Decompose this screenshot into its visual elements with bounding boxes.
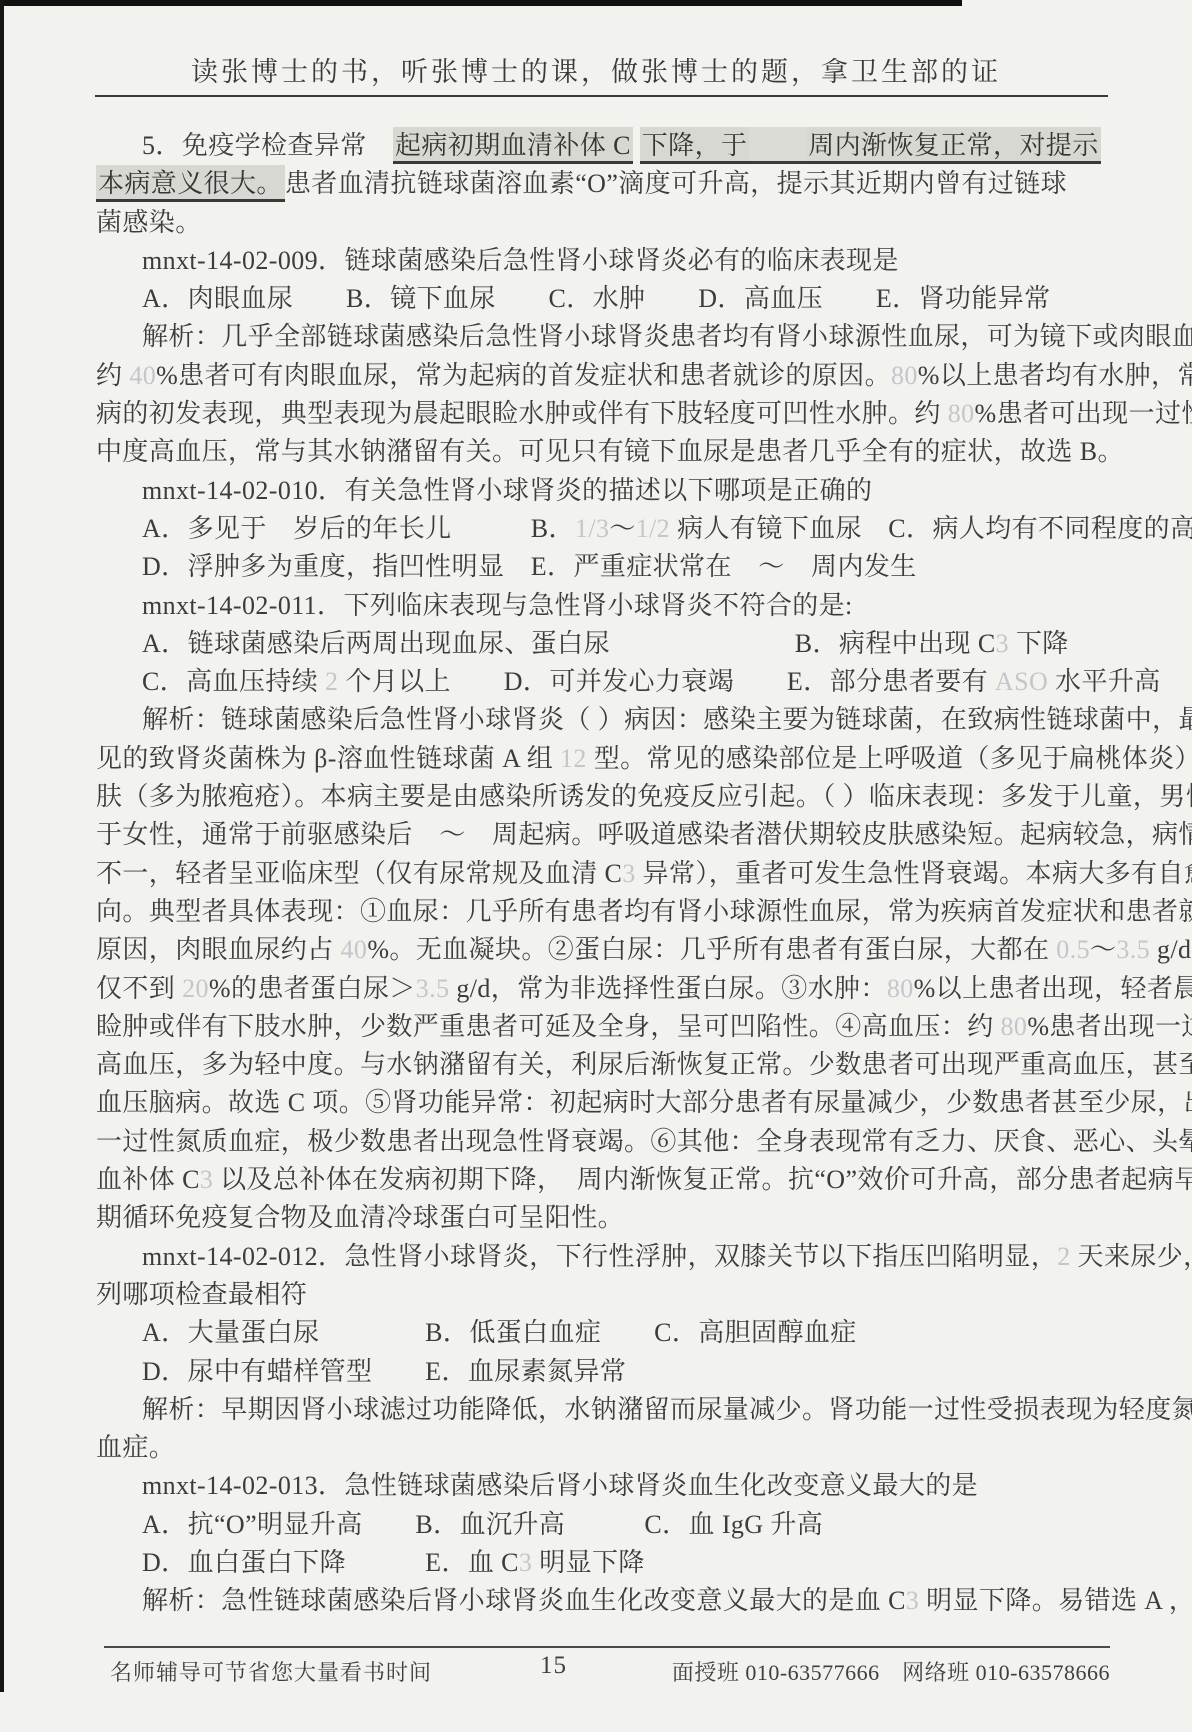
text-segment: 病人有镜下血尿 C．病人均有不同程度的高血压 xyxy=(670,514,1192,543)
text-segment: A．大量蛋白尿 B．低蛋白血症 C．高胆固醇血症 xyxy=(142,1318,857,1347)
text-line: 解析：链球菌感染后急性肾小球肾炎（ ）病因：感染主要为链球菌，在致病性链球菌中，… xyxy=(96,701,1106,739)
text-line: mnxt-14-02-009．链球菌感染后急性肾小球肾炎必有的临床表现是 xyxy=(96,242,1106,280)
text-segment: ～ xyxy=(609,514,635,543)
text-segment: D．血白蛋白下降 E．血 C xyxy=(142,1548,519,1577)
text-segment: 明显下降。易错选 A ，但 A xyxy=(919,1586,1192,1615)
text-line: D．浮肿多为重度，指凹性明显 E．严重症状常在 ～ 周内发生 xyxy=(96,548,1106,586)
text-segment: 血补体 C xyxy=(96,1165,200,1194)
text-line: 血症。 xyxy=(96,1429,1106,1467)
text-segment: 高血压，多为轻中度。与水钠潴留有关，利尿后渐恢复正常。少数患者可出现严重高血压，… xyxy=(96,1050,1192,1079)
text-line: A．链球菌感染后两周出现血尿、蛋白尿 B．病程中出现 C3 下降 xyxy=(96,625,1106,663)
text-segment: %以上患者出现，轻者晨起眼 xyxy=(914,974,1192,1003)
text-line: 解析：早期因肾小球滤过功能降低，水钠潴留而尿量减少。肾功能一过性受损表现为轻度氮… xyxy=(96,1391,1106,1429)
text-line: 列哪项检查最相符 xyxy=(96,1276,1106,1314)
header-slogan: 读张博士的书，听张博士的课，做张博士的题，拿卫生部的证 xyxy=(96,50,1096,89)
faint-text: 3.5 xyxy=(416,974,450,1003)
text-segment: 睑肿或伴有下肢水肿，少数严重患者可延及全身，呈可凹陷性。④高血压：约 xyxy=(96,1012,1001,1041)
text-segment xyxy=(633,131,640,160)
highlighted-text: 下降，于 xyxy=(640,127,750,164)
text-segment: 型。常见的感染部位是上呼吸道（多见于扁桃体炎）及皮 xyxy=(587,744,1192,773)
faint-text: 3 xyxy=(200,1165,213,1194)
text-line: 菌感染。 xyxy=(96,204,1106,242)
text-segment: %患者可有肉眼血尿，常为起病的首发症状和患者就诊的原因。 xyxy=(156,361,891,390)
faint-text: 3 xyxy=(519,1548,532,1577)
text-segment: 5．免疫学检查异常 xyxy=(142,131,393,160)
faint-text: 80 xyxy=(948,399,975,428)
text-segment: A．链球菌感染后两周出现血尿、蛋白尿 B．病程中出现 C xyxy=(142,629,996,658)
text-line: 病的初发表现，典型表现为晨起眼睑水肿或伴有下肢轻度可凹性水肿。约 80%患者可出… xyxy=(96,395,1106,433)
text-line: 解析：几乎全部链球菌感染后急性肾小球肾炎患者均有肾小球源性血尿，可为镜下或肉眼血… xyxy=(96,318,1106,356)
text-line: D．血白蛋白下降 E．血 C3 明显下降 xyxy=(96,1544,1106,1582)
text-line: 不一，轻者呈亚临床型（仅有尿常规及血清 C3 异常），重者可发生急性肾衰竭。本病… xyxy=(96,855,1106,893)
text-line: 期循环免疫复合物及血清冷球蛋白可呈阳性。 xyxy=(96,1199,1106,1237)
text-line: 血补体 C3 以及总补体在发病初期下降， 周内渐恢复正常。抗“O”效价可升高，部… xyxy=(96,1161,1106,1199)
text-segment: 中度高血压，常与其水钠潴留有关。可见只有镜下血尿是患者几乎全有的症状，故选 B。 xyxy=(96,437,1124,466)
faint-text: 1/3 xyxy=(575,514,609,543)
text-segment: 不一，轻者呈亚临床型（仅有尿常规及血清 C xyxy=(96,859,622,888)
text-segment: %的患者蛋白尿＞ xyxy=(209,974,416,1003)
text-segment: mnxt-14-02-013．急性链球菌感染后肾小球肾炎血生化改变意义最大的是 xyxy=(142,1471,978,1500)
text-line: mnxt-14-02-010．有关急性肾小球肾炎的描述以下哪项是正确的 xyxy=(96,472,1106,510)
faint-text: 3 xyxy=(996,629,1009,658)
text-line: 见的致肾炎菌株为 β-溶血性链球菌 A 组 12 型。常见的感染部位是上呼吸道（… xyxy=(96,740,1106,778)
text-line: 一过性氮质血症，极少数患者出现急性肾衰竭。⑥其他：全身表现常有乏力、厌食、恶心、… xyxy=(96,1123,1106,1161)
faint-text: 1/2 xyxy=(636,514,670,543)
text-segment: 于女性，通常于前驱感染后 ～ 周起病。呼吸道感染者潜伏期较皮肤感染短。起病较急，… xyxy=(96,820,1192,849)
text-segment: 解析：几乎全部链球菌感染后急性肾小球肾炎患者均有肾小球源性血尿，可为镜下或肉眼血… xyxy=(142,322,1192,351)
text-segment: 见的致肾炎菌株为 β-溶血性链球菌 A 组 xyxy=(96,744,560,773)
text-line: A．多见于 岁后的年长儿 B．1/3～1/2 病人有镜下血尿 C．病人均有不同程… xyxy=(96,510,1106,548)
text-line: mnxt-14-02-011．下列临床表现与急性肾小球肾炎不符合的是: xyxy=(96,587,1106,625)
faint-text: 80 xyxy=(891,361,918,390)
faint-text: 80 xyxy=(1001,1012,1028,1041)
text-segment: D．浮肿多为重度，指凹性明显 E．严重症状常在 ～ 周内发生 xyxy=(142,552,917,581)
faint-text: 2 xyxy=(325,667,338,696)
faint-text: ASO xyxy=(995,667,1048,696)
text-line: C．高血压持续 2 个月以上 D．可并发心力衰竭 E．部分患者要有 ASO 水平… xyxy=(96,663,1106,701)
text-line: 中度高血压，常与其水钠潴留有关。可见只有镜下血尿是患者几乎全有的症状，故选 B。 xyxy=(96,433,1106,471)
text-line: mnxt-14-02-013．急性链球菌感染后肾小球肾炎血生化改变意义最大的是 xyxy=(96,1467,1106,1505)
text-segment: A．多见于 岁后的年长儿 B． xyxy=(142,514,575,543)
footer: 名师辅导可节省您大量看书时间 15 面授班 010-63577666 网络班 0… xyxy=(104,1652,1110,1688)
text-segment: 血症。 xyxy=(96,1433,175,1462)
text-segment: C．高血压持续 xyxy=(142,667,325,696)
text-segment: 期循环免疫复合物及血清冷球蛋白可呈阳性。 xyxy=(96,1203,624,1232)
text-segment: 肤（多为脓疱疮）。本病主要是由感染所诱发的免疫反应引起。（ ）临床表现：多发于儿… xyxy=(96,782,1192,811)
faint-text: 20 xyxy=(182,974,209,1003)
text-line: 约 40%患者可有肉眼血尿，常为起病的首发症状和患者就诊的原因。80%以上患者均… xyxy=(96,357,1106,395)
text-segment: 一过性氮质血症，极少数患者出现急性肾衰竭。⑥其他：全身表现常有乏力、厌食、恶心、… xyxy=(96,1127,1192,1156)
faint-text: 40 xyxy=(341,935,368,964)
text-line: 睑肿或伴有下肢水肿，少数严重患者可延及全身，呈可凹陷性。④高血压：约 80%患者… xyxy=(96,1008,1106,1046)
faint-text: 3 xyxy=(622,859,635,888)
text-line: 高血压，多为轻中度。与水钠潴留有关，利尿后渐恢复正常。少数患者可出现严重高血压，… xyxy=(96,1046,1106,1084)
text-segment: 下降 xyxy=(1009,629,1069,658)
text-line: 于女性，通常于前驱感染后 ～ 周起病。呼吸道感染者潜伏期较皮肤感染短。起病较急，… xyxy=(96,816,1106,854)
text-line: 向。典型者具体表现：①血尿：几乎所有患者均有肾小球源性血尿，常为疾病首发症状和患… xyxy=(96,893,1106,931)
text-line: 肤（多为脓疱疮）。本病主要是由感染所诱发的免疫反应引起。（ ）临床表现：多发于儿… xyxy=(96,778,1106,816)
footer-rule xyxy=(104,1646,1110,1648)
text-segment: %。无血凝块。②蛋白尿：几乎所有患者有蛋白尿，大都在 xyxy=(367,935,1056,964)
faint-text: 40 xyxy=(129,361,156,390)
text-line: 原因，肉眼血尿约占 40%。无血凝块。②蛋白尿：几乎所有患者有蛋白尿，大都在 0… xyxy=(96,931,1106,969)
highlighted-text: 本病意义很大。 xyxy=(96,165,285,202)
text-line: 仅不到 20%的患者蛋白尿＞3.5 g/d，常为非选择性蛋白尿。③水肿：80%以… xyxy=(96,970,1106,1008)
body-text: 5．免疫学检查异常 起病初期血清补体 C 下降，于 周内渐恢复正常，对提示本病意… xyxy=(96,127,1106,1621)
text-segment: 解析：急性链球菌感染后肾小球肾炎血生化改变意义最大的是血 C xyxy=(142,1586,906,1615)
text-segment: 明显下降 xyxy=(532,1548,645,1577)
text-segment: 约 xyxy=(96,361,129,390)
scan-left-edge xyxy=(0,0,4,1692)
faint-text: 0.5 xyxy=(1056,935,1090,964)
text-segment: mnxt-14-02-009．链球菌感染后急性肾小球肾炎必有的临床表现是 xyxy=(142,246,899,275)
text-segment: 解析：早期因肾小球滤过功能降低，水钠潴留而尿量减少。肾功能一过性受损表现为轻度氮… xyxy=(142,1395,1192,1424)
text-segment: %以上患者均有水肿，常为起 xyxy=(918,361,1192,390)
text-line: A．肉眼血尿 B．镜下血尿 C．水肿 D．高血压 E．肾功能异常 xyxy=(96,280,1106,318)
text-segment: A．肉眼血尿 B．镜下血尿 C．水肿 D．高血压 E．肾功能异常 xyxy=(142,284,1051,313)
faint-text: 2 xyxy=(1057,1242,1070,1271)
faint-text: 80 xyxy=(887,974,914,1003)
page-number: 15 xyxy=(540,1652,567,1680)
text-line: 解析：急性链球菌感染后肾小球肾炎血生化改变意义最大的是血 C3 明显下降。易错选… xyxy=(96,1582,1106,1620)
text-segment: g/d，常为非选择性蛋白尿。③水肿： xyxy=(449,974,886,1003)
highlighted-text: 周内渐恢复正常，对提示 xyxy=(806,127,1100,164)
text-segment: D．尿中有蜡样管型 E．血尿素氮异常 xyxy=(142,1357,626,1386)
text-segment: 病的初发表现，典型表现为晨起眼睑水肿或伴有下肢轻度可凹性水肿。约 xyxy=(96,399,948,428)
text-segment: 以及总补体在发病初期下降， 周内渐恢复正常。抗“O”效价可升高，部分患者起病早 xyxy=(213,1165,1192,1194)
footer-contact-info: 面授班 010-63577666 网络班 010-63578666 xyxy=(672,1656,1110,1687)
text-segment: mnxt-14-02-012．急性肾小球肾炎，下行性浮肿，双膝关节以下指压凹陷明… xyxy=(142,1242,1057,1271)
faint-text: 3 xyxy=(906,1586,919,1615)
text-segment: 原因，肉眼血尿约占 xyxy=(96,935,341,964)
text-line: mnxt-14-02-012．急性肾小球肾炎，下行性浮肿，双膝关节以下指压凹陷明… xyxy=(96,1238,1106,1276)
faint-text: 12 xyxy=(560,744,587,773)
scan-top-edge xyxy=(0,0,962,6)
footer-left-slogan: 名师辅导可节省您大量看书时间 xyxy=(110,1656,432,1687)
text-segment: mnxt-14-02-011．下列临床表现与急性肾小球肾炎不符合的是: xyxy=(142,591,853,620)
text-segment: A．抗“O”明显升高 B．血沉升高 C．血 IgG 升高 xyxy=(142,1510,823,1539)
text-line: 本病意义很大。患者血清抗链球菌溶血素“O”滴度可升高，提示其近期内曾有过链球 xyxy=(96,165,1106,203)
text-segment: 水平升高 xyxy=(1048,667,1161,696)
text-segment: g/d 之间， xyxy=(1150,935,1192,964)
text-segment: 仅不到 xyxy=(96,974,182,1003)
text-segment: 异常），重者可发生急性肾衰竭。本病大多有自愈倾 xyxy=(636,859,1192,888)
text-segment: 向。典型者具体表现：①血尿：几乎所有患者均有肾小球源性血尿，常为疾病首发症状和患… xyxy=(96,897,1192,926)
page: { "colors": { "paper": "#f2f2ef", "ink":… xyxy=(0,0,1192,1732)
text-segment: 个月以上 D．可并发心力衰竭 E．部分患者要有 xyxy=(338,667,994,696)
text-segment: 列哪项检查最相符 xyxy=(96,1280,307,1309)
text-line: A．大量蛋白尿 B．低蛋白血症 C．高胆固醇血症 xyxy=(96,1314,1106,1352)
text-line: A．抗“O”明显升高 B．血沉升高 C．血 IgG 升高 xyxy=(96,1506,1106,1544)
text-segment: 患者血清抗链球菌溶血素“O”滴度可升高，提示其近期内曾有过链球 xyxy=(285,169,1067,198)
highlighted-text: 起病初期血清补体 C xyxy=(393,127,633,164)
highlighted-blank xyxy=(749,127,806,164)
text-segment: 解析：链球菌感染后急性肾小球肾炎（ ）病因：感染主要为链球菌，在致病性链球菌中，… xyxy=(142,705,1192,734)
text-segment: 天来尿少，下 xyxy=(1071,1242,1192,1271)
text-segment: %患者可出现一过性轻、 xyxy=(975,399,1192,428)
text-segment: mnxt-14-02-010．有关急性肾小球肾炎的描述以下哪项是正确的 xyxy=(142,476,872,505)
header-rule xyxy=(95,95,1108,97)
text-segment: 菌感染。 xyxy=(96,208,202,237)
text-line: D．尿中有蜡样管型 E．血尿素氮异常 xyxy=(96,1353,1106,1391)
text-segment: ～ xyxy=(1090,935,1116,964)
text-segment: 血压脑病。故选 C 项。⑤肾功能异常：初起病时大部分患者有尿量减少，少数患者甚至… xyxy=(96,1088,1192,1117)
text-line: 5．免疫学检查异常 起病初期血清补体 C 下降，于 周内渐恢复正常，对提示 xyxy=(96,127,1106,165)
text-line: 血压脑病。故选 C 项。⑤肾功能异常：初起病时大部分患者有尿量减少，少数患者甚至… xyxy=(96,1084,1106,1122)
text-segment: %患者出现一过性 xyxy=(1027,1012,1192,1041)
faint-text: 3.5 xyxy=(1116,935,1150,964)
